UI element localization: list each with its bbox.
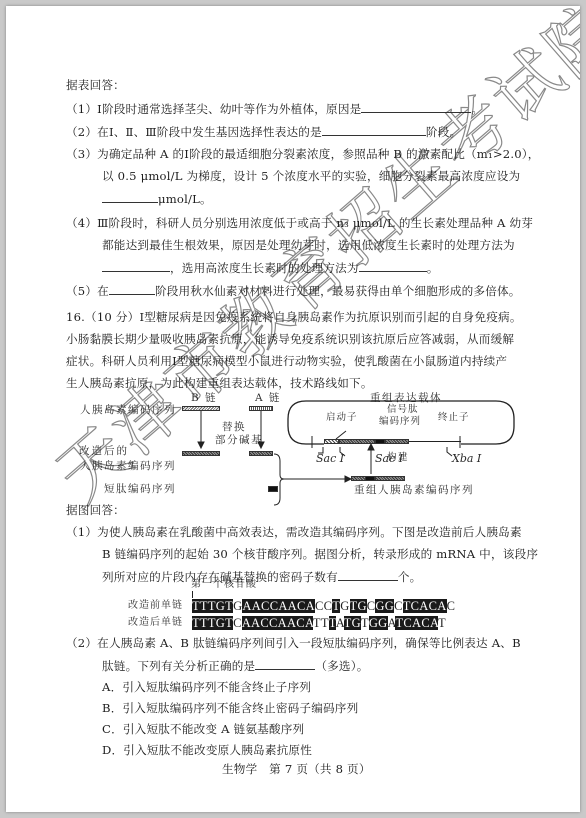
substituted-bases: C [233,616,242,630]
conserved-bases: TTTGT [192,599,233,613]
substituted-bases: G [233,599,242,613]
substituted-bases: A [336,616,344,630]
label-promoter: 启动子 [326,412,358,424]
substituted-bases: CC [315,599,332,613]
label-construct: 构建 [387,452,409,464]
label-modified-2: 人胰岛素编码序列 [80,460,176,472]
answer-blank[interactable] [255,658,315,670]
label-short-peptide: 短肽编码序列 [104,483,176,495]
conserved-bases: T [329,616,336,630]
label-signal-2: 编码序列 [379,416,421,428]
before-strand-label: 改造前单链 [128,600,183,612]
conserved-bases: TG [344,616,361,630]
label-partial-bases: 部分碱基 [215,434,263,446]
q16-part1-line3: 列所对应的片段内存在碱基替换的密码子数有个。 [102,569,421,584]
label-signal-1: 信号肽 [387,404,419,416]
label-recombinant: 重组人胰岛素编码序列 [354,484,474,496]
first-nucleotide-pointer [192,591,193,598]
q16-part2-line2: 肽链。下列有关分析正确的是（多选）。 [102,658,369,673]
recombinant-short [365,476,375,481]
option-b: B．引入短肽编码序列不能含终止密码子编码序列 [102,701,358,715]
exam-page: 据表回答： （1）Ⅰ阶段时通常选择茎尖、幼叶等作为外植体，原因是。 （2）在Ⅰ、… [6,6,580,812]
modified-b-chain-bar [182,451,220,456]
conserved-bases: TTTGT [192,616,233,630]
modified-a-chain-bar [249,451,273,456]
signal-peptide-bar [324,439,339,444]
conserved-bases: AACCAACA [242,599,315,613]
conserved-bases: AACCAACA [242,616,313,630]
conserved-bases: TCACA [395,616,437,630]
recombinant-a [375,476,405,481]
substituted-bases: G [340,599,349,613]
q16-part2-line1: （2）在人胰岛素 A、B 肽链编码序列间引入一段短肽编码序列，确保等比例表达 A… [66,636,521,650]
page-footer: 生物学 第 7 页（共 8 页） [222,762,371,776]
short-peptide-bar [268,486,278,492]
conserved-bases: GG [369,616,388,630]
conserved-bases: TCACA [403,599,447,613]
first-nucleotide-label: 第一个核苷酸 [191,579,257,591]
substituted-bases: C [394,599,403,613]
vector-insert-b [339,439,375,444]
label-xbai: Xba Ⅰ [452,453,481,465]
option-d: D．引入短肽不能改变原人胰岛素抗原性 [102,743,312,757]
substituted-bases: T [361,616,369,630]
label-saci-left: Sac Ⅰ [316,453,344,465]
after-sequence: TTTGTCAACCAACATTTATGTGGATCACAT [192,617,446,630]
label-terminator: 终止子 [438,412,470,424]
option-c: C．引入短肽不能改变 A 链氨基酸序列 [102,722,304,736]
vector-backbone [409,441,461,442]
substituted-bases: TT [313,616,329,630]
answer-blank[interactable] [338,569,398,581]
vector-insert-a [385,439,409,444]
conserved-bases: GG [375,599,394,613]
before-sequence: TTTGTGAACCAACACCTGTGCGGCTCACAC [192,600,455,613]
after-strand-label: 改造后单链 [128,617,183,629]
substituted-bases: C [447,599,456,613]
substituted-bases: T [438,616,446,630]
q16-part1-line2: B 链编码序列的起始 30 个核苷酸序列。据图分析，转录形成的 mRNA 中，该… [102,547,538,561]
option-a: A．引入短肽编码序列不能含终止子序列 [102,680,311,694]
conserved-bases: TG [350,599,367,613]
label-vector: 重组表达载体 [370,392,442,404]
figure-answer-intro: 据图回答： [66,503,125,517]
conserved-bases: T [332,599,340,613]
label-modified-1: 改造后的 [79,445,129,457]
q16-part1-line1: （1）为使人胰岛素在乳酸菌中高效表达，需改造其编码序列。下图是改造前后人胰岛素 [66,525,522,539]
label-replace: 替换 [222,421,246,433]
vector-insert-short [375,439,385,444]
